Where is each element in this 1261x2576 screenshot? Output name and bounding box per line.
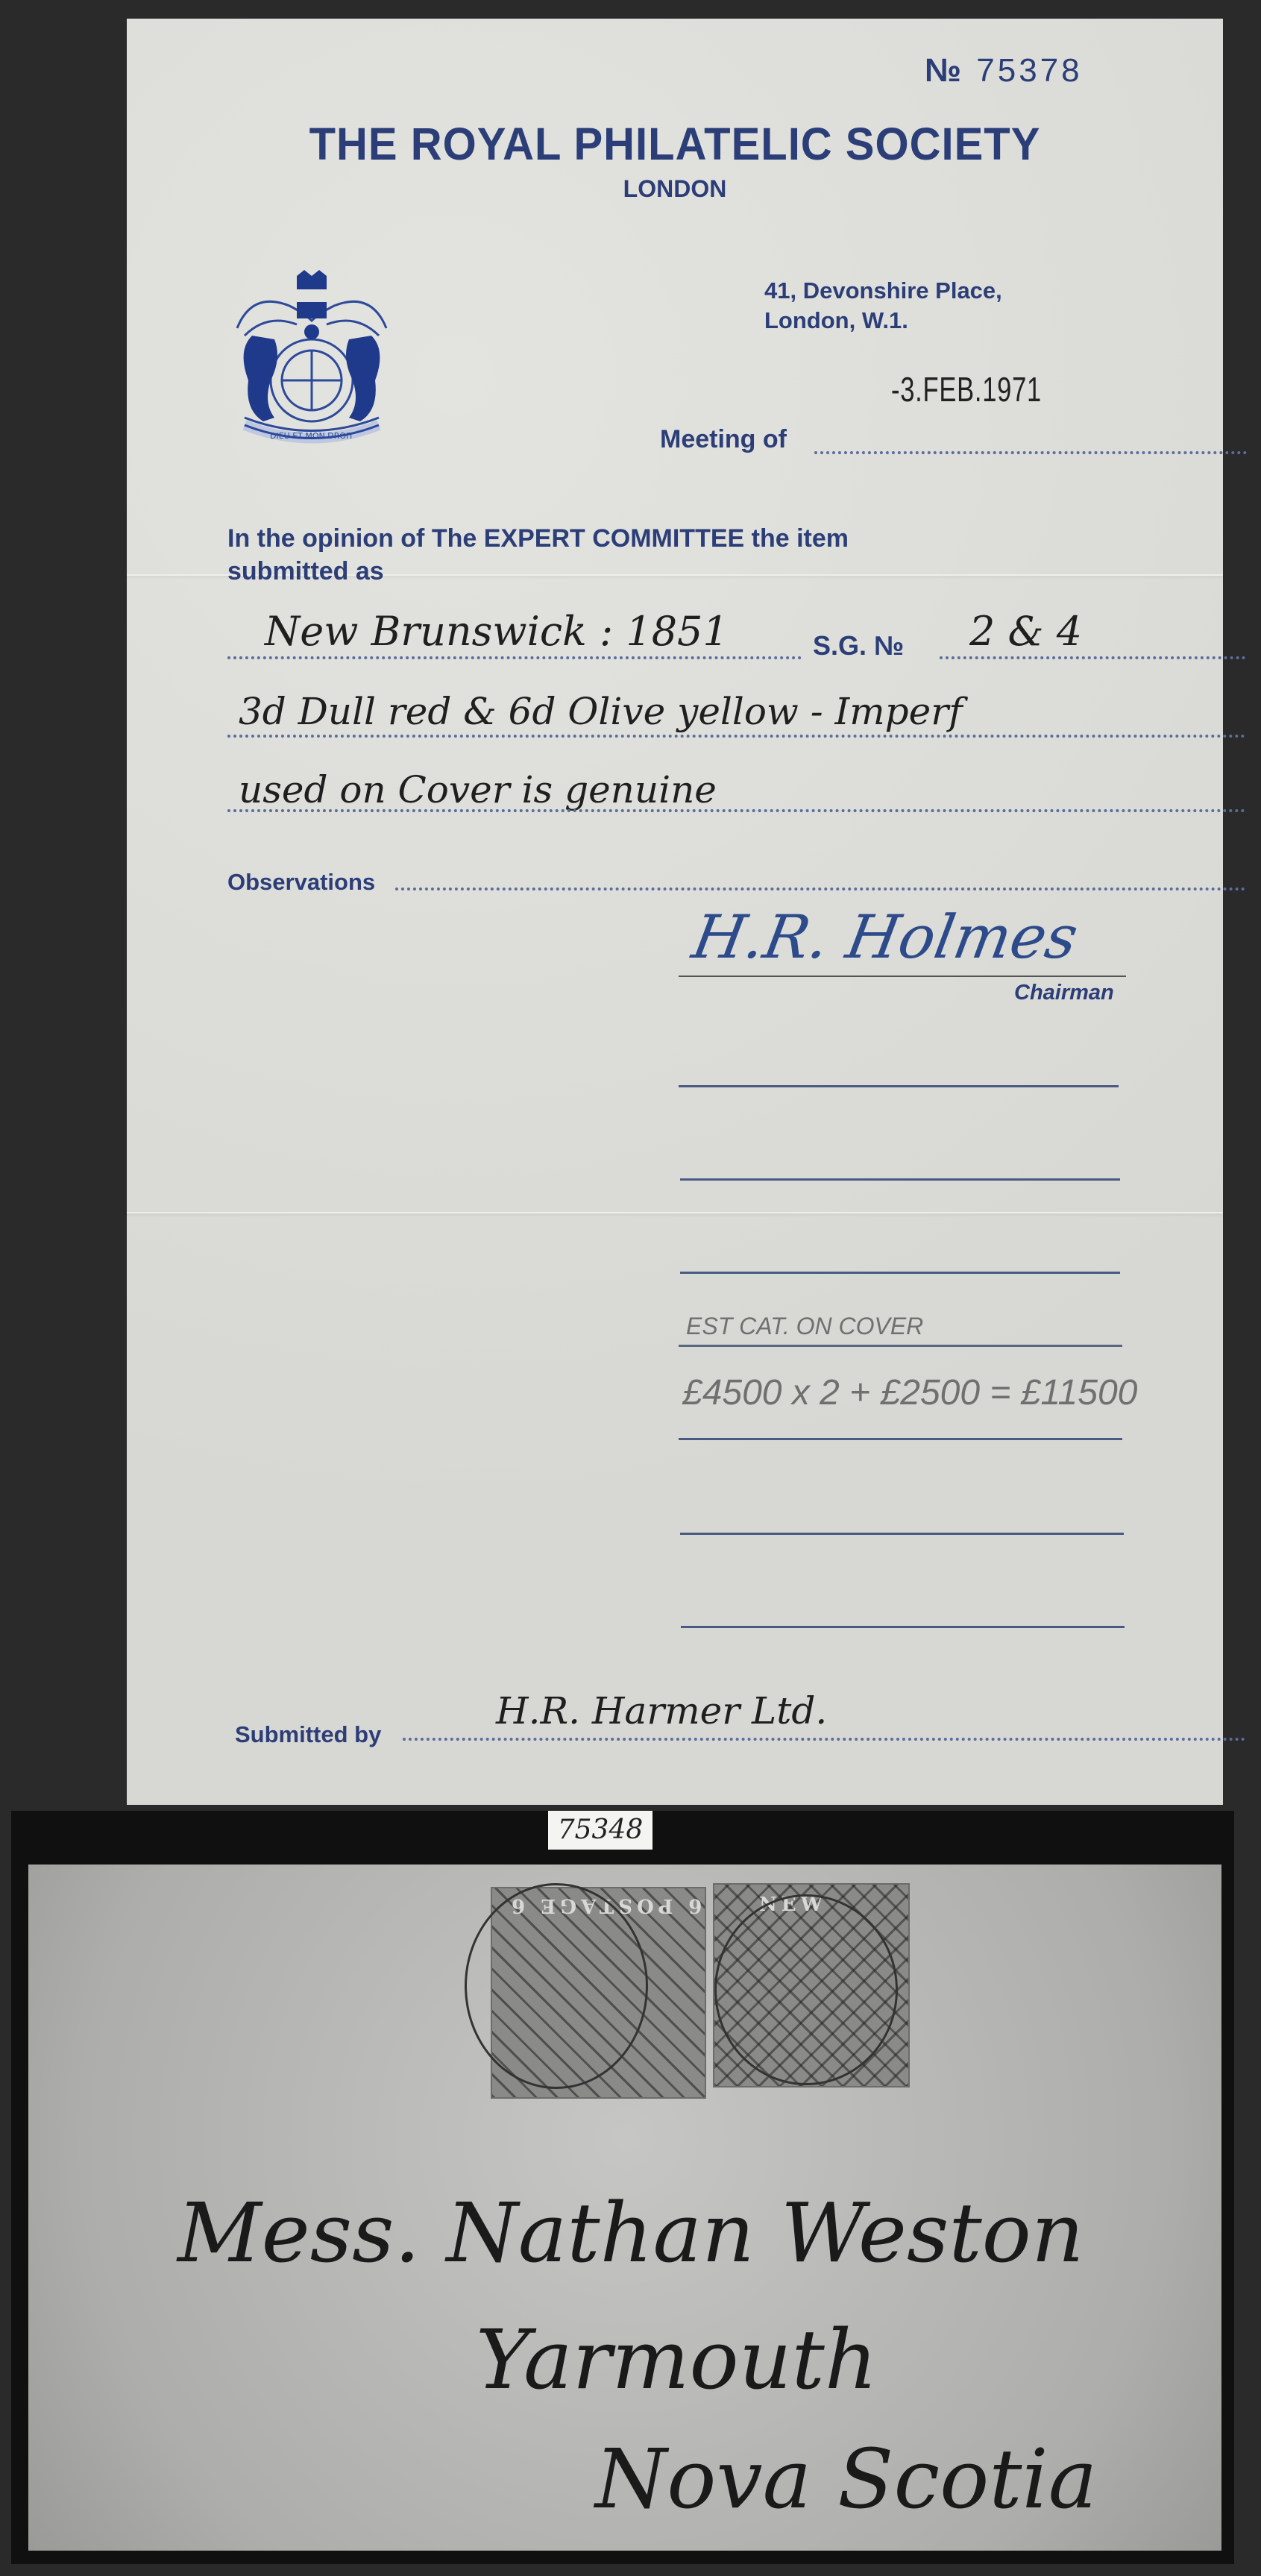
addressee-name: Mess. Nathan Weston: [177, 2185, 1084, 2281]
cover-envelope-photo: 6 POSTAGE 6 NEW Mess. Nathan Weston Yarm…: [28, 1865, 1221, 2551]
cover-reference-label: 75348: [548, 1811, 652, 1850]
expert-certificate: № 75378 THE ROYAL PHILATELIC SOCIETY LON…: [127, 19, 1223, 1805]
sg-dotted-line: [940, 656, 1245, 659]
sg-number-value: 2 & 4: [969, 608, 1082, 655]
description-line-1: 3d Dull red & 6d Olive yellow - Imperf: [239, 690, 963, 733]
paper-fold: [127, 1212, 1223, 1213]
signature-line: [679, 976, 1126, 977]
item-dotted-line: [227, 656, 802, 659]
observations-label: Observations: [227, 869, 375, 896]
meeting-date-stamp: -3.FEB.1971: [891, 369, 1042, 409]
submitted-by-value: H.R. Harmer Ltd.: [496, 1689, 827, 1732]
pencil-note-heading: EST CAT. ON COVER: [686, 1313, 923, 1340]
opinion-statement: In the opinion of The EXPERT COMMITTEE t…: [227, 522, 1197, 588]
blank-rule: [679, 1345, 1122, 1347]
royal-coat-of-arms-icon: DIEU ET MON DROIT: [222, 268, 401, 451]
grid-cancel-mark: [714, 1894, 898, 2085]
submitted-by-label: Submitted by: [235, 1721, 381, 1748]
blank-rule: [681, 1626, 1125, 1628]
blank-rule: [679, 1438, 1122, 1440]
observations-dotted-line: [395, 888, 1245, 890]
grid-cancel-mark: [465, 1883, 648, 2089]
organization-title: THE ROYAL PHILATELIC SOCIETY: [127, 118, 1223, 170]
blank-rule: [680, 1272, 1120, 1274]
addressee-town: Yarmouth: [476, 2312, 878, 2407]
chairman-label: Chairman: [1014, 981, 1114, 1005]
sg-number-label: S.G. №: [813, 630, 904, 662]
chairman-signature: H.R. Holmes: [688, 902, 1083, 972]
item-handwritten: New Brunswick : 1851: [265, 608, 729, 655]
blank-rule: [680, 1178, 1120, 1181]
certificate-number: № 75378: [925, 52, 1083, 89]
submitted-dotted-line: [403, 1738, 1245, 1741]
pencil-note-calculation: £4500 x 2 + £2500 = £11500: [682, 1372, 1137, 1413]
meeting-dotted-line: [814, 451, 1247, 454]
description-line-2: used on Cover is genuine: [239, 768, 717, 811]
addressee-province: Nova Scotia: [595, 2431, 1097, 2527]
society-address: 41, Devonshire Place, London, W.1.: [764, 276, 1002, 336]
description-dotted-line-2: [227, 809, 1245, 812]
blank-rule: [680, 1533, 1124, 1535]
organization-city: LONDON: [127, 175, 1223, 203]
meeting-label: Meeting of: [660, 425, 787, 454]
svg-text:DIEU ET MON DROIT: DIEU ET MON DROIT: [270, 431, 353, 441]
description-dotted-line-1: [227, 735, 1245, 738]
blank-rule: [679, 1085, 1119, 1087]
